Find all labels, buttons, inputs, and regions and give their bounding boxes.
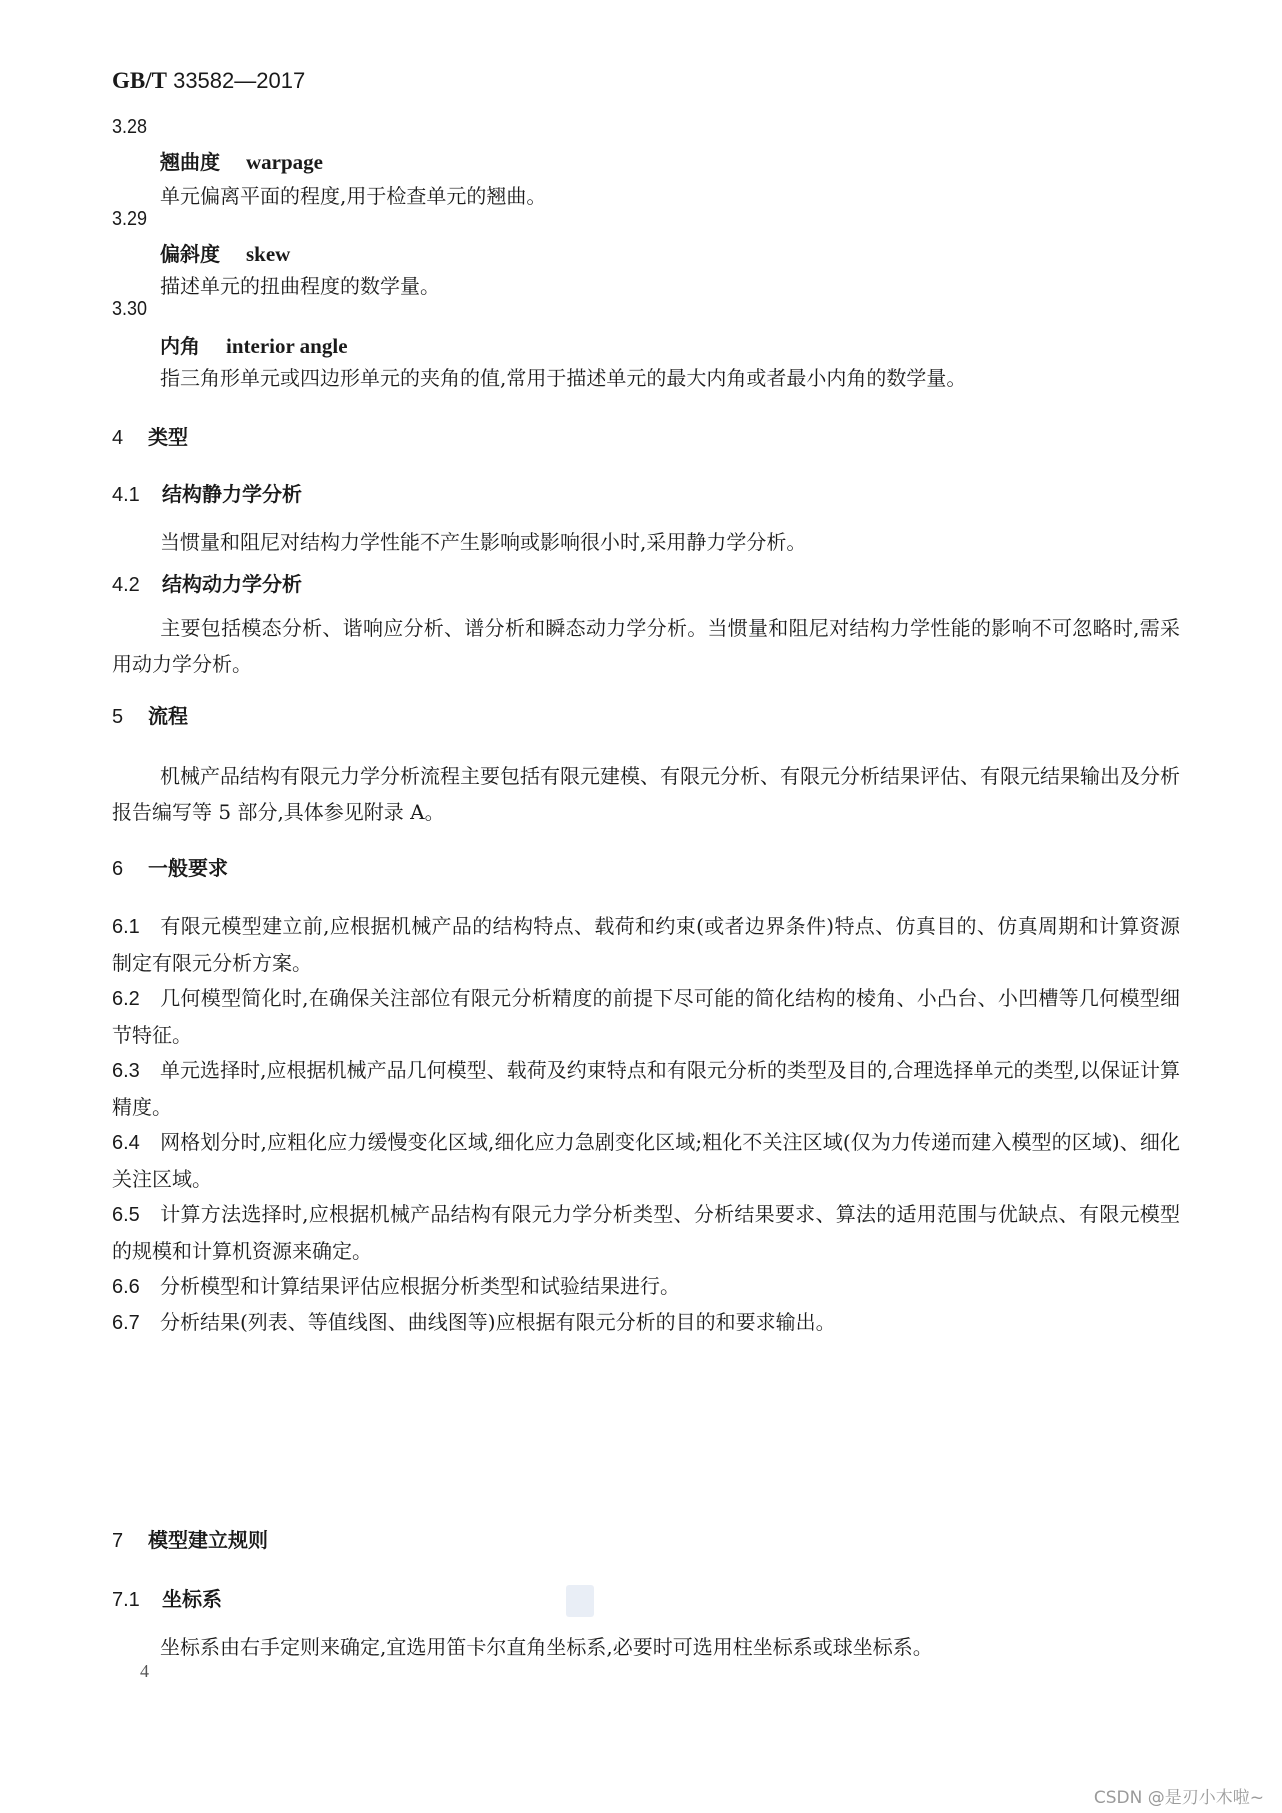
- subsection-number: 7.1: [112, 1589, 162, 1612]
- page-number: 4: [140, 1661, 149, 1682]
- section-heading: 7模型建立规则: [112, 1524, 268, 1553]
- section-heading: 5流程: [112, 700, 188, 729]
- term-name-zh: 偏斜度: [160, 242, 220, 266]
- section-heading: 4类型: [112, 421, 188, 450]
- clause-6-7: 6.7分析结果(列表、等值线图、曲线图等)应根据有限元分析的目的和要求输出。: [112, 1304, 1180, 1341]
- term-name-en: interior angle: [226, 334, 348, 358]
- clause-number: 6.2: [112, 981, 160, 1017]
- term-definition: 描述单元的扭曲程度的数学量。: [160, 270, 440, 299]
- clause-text: 网格划分时,应粗化应力缓慢变化区域,细化应力急剧变化区域;粗化不关注区域(仅为力…: [112, 1130, 1180, 1191]
- term-name-zh: 内角: [160, 334, 200, 358]
- clause-text: 单元选择时,应根据机械产品几何模型、载荷及约束特点和有限元分析的类型及目的,合理…: [112, 1058, 1180, 1119]
- term-definition: 单元偏离平面的程度,用于检查单元的翘曲。: [160, 180, 546, 209]
- clause-6-4: 6.4网格划分时,应粗化应力缓慢变化区域,细化应力急剧变化区域;粗化不关注区域(…: [112, 1124, 1180, 1197]
- term-name-en: skew: [246, 242, 290, 266]
- section-number: 7: [112, 1530, 148, 1553]
- subsection-heading: 4.2结构动力学分析: [112, 568, 302, 597]
- clause-text: 分析模型和计算结果评估应根据分析类型和试验结果进行。: [160, 1274, 680, 1298]
- term-number: 3.29: [112, 208, 147, 231]
- clause-text: 分析结果(列表、等值线图、曲线图等)应根据有限元分析的目的和要求输出。: [160, 1310, 836, 1334]
- clause-6-1: 6.1有限元模型建立前,应根据机械产品的结构特点、载荷和约束(或者边界条件)特点…: [112, 908, 1180, 981]
- term-name: 偏斜度skew: [160, 238, 290, 267]
- subsection-heading: 7.1坐标系: [112, 1583, 222, 1612]
- subsection-title: 坐标系: [162, 1587, 222, 1611]
- clause-number: 6.5: [112, 1197, 160, 1233]
- subsection-title: 结构静力学分析: [162, 482, 302, 506]
- clause-number: 6.3: [112, 1053, 160, 1089]
- term-name-en: warpage: [246, 150, 323, 174]
- clause-text: 有限元模型建立前,应根据机械产品的结构特点、载荷和约束(或者边界条件)特点、仿真…: [112, 914, 1180, 975]
- section-number: 5: [112, 706, 148, 729]
- source-credit-watermark: CSDN @是刃小木啦~: [1094, 1783, 1264, 1808]
- clause-text: 几何模型简化时,在确保关注部位有限元分析精度的前提下尽可能的简化结构的棱角、小凸…: [112, 986, 1180, 1047]
- paragraph: 当惯量和阻尼对结构力学性能不产生影响或影响很小时,采用静力学分析。: [160, 526, 806, 555]
- term-definition: 指三角形单元或四边形单元的夹角的值,常用于描述单元的最大内角或者最小内角的数学量…: [160, 362, 966, 391]
- section-title: 类型: [148, 425, 188, 449]
- section-title: 模型建立规则: [148, 1528, 268, 1552]
- document-header: GB/T 33582—2017: [112, 68, 305, 94]
- term-name-zh: 翘曲度: [160, 150, 220, 174]
- clause-6-3: 6.3单元选择时,应根据机械产品几何模型、载荷及约束特点和有限元分析的类型及目的…: [112, 1052, 1180, 1125]
- standard-prefix: GB/T: [112, 68, 167, 93]
- clause-text: 计算方法选择时,应根据机械产品结构有限元力学分析类型、分析结果要求、算法的适用范…: [112, 1202, 1180, 1263]
- clause-number: 6.6: [112, 1269, 160, 1305]
- subsection-title: 结构动力学分析: [162, 572, 302, 596]
- paragraph: 坐标系由右手定则来确定,宜选用笛卡尔直角坐标系,必要时可选用柱坐标系或球坐标系。: [160, 1631, 933, 1660]
- watermark-logo: [566, 1585, 594, 1617]
- paragraph: 机械产品结构有限元力学分析流程主要包括有限元建模、有限元分析、有限元分析结果评估…: [112, 758, 1180, 830]
- section-number: 6: [112, 858, 148, 881]
- section-title: 流程: [148, 704, 188, 728]
- term-name: 内角interior angle: [160, 330, 348, 359]
- clause-6-5: 6.5计算方法选择时,应根据机械产品结构有限元力学分析类型、分析结果要求、算法的…: [112, 1196, 1180, 1269]
- subsection-number: 4.2: [112, 574, 162, 597]
- term-name: 翘曲度warpage: [160, 146, 323, 175]
- clause-6-6: 6.6分析模型和计算结果评估应根据分析类型和试验结果进行。: [112, 1268, 1180, 1305]
- standard-number: 33582—2017: [167, 68, 305, 93]
- subsection-heading: 4.1结构静力学分析: [112, 478, 302, 507]
- term-number: 3.30: [112, 298, 147, 321]
- section-heading: 6一般要求: [112, 852, 228, 881]
- section-title: 一般要求: [148, 856, 228, 880]
- section-number: 4: [112, 427, 148, 450]
- clause-6-2: 6.2几何模型简化时,在确保关注部位有限元分析精度的前提下尽可能的简化结构的棱角…: [112, 980, 1180, 1053]
- subsection-number: 4.1: [112, 484, 162, 507]
- term-number: 3.28: [112, 116, 147, 139]
- clause-number: 6.4: [112, 1125, 160, 1161]
- clause-number: 6.1: [112, 909, 160, 945]
- clause-number: 6.7: [112, 1305, 160, 1341]
- paragraph: 主要包括模态分析、谐响应分析、谱分析和瞬态动力学分析。当惯量和阻尼对结构力学性能…: [112, 610, 1180, 682]
